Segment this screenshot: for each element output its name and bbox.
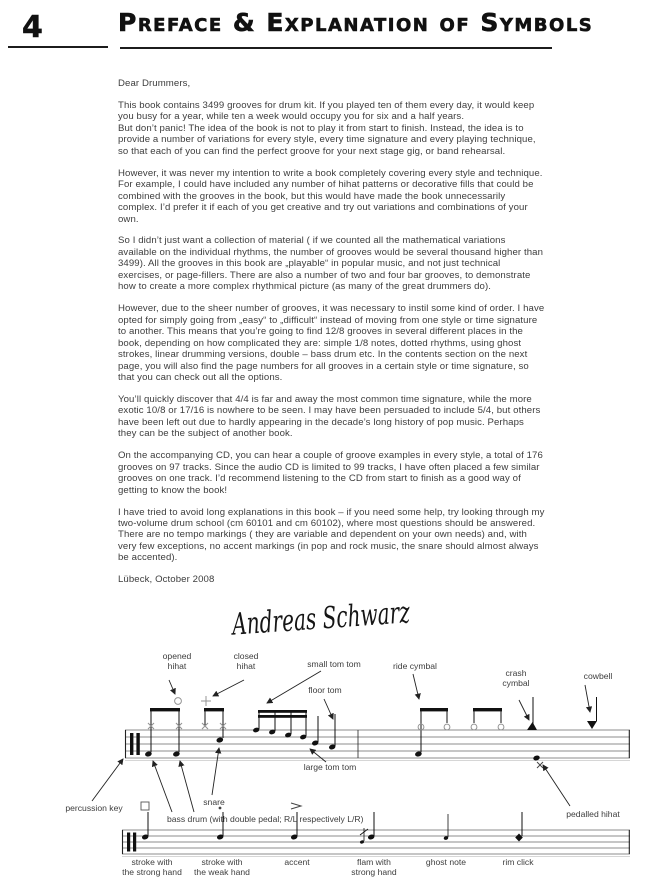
letter-paragraph-5: You’ll quickly discover that 4/4 is far …	[118, 394, 545, 440]
small-tom-run	[252, 710, 307, 740]
staff-2	[122, 830, 630, 857]
label-opened-hihat: opened hihat	[147, 651, 207, 671]
large-tom-note	[311, 716, 319, 746]
letter-paragraph-1: This book contains 3499 grooves for drum…	[118, 100, 545, 157]
label-percussion-key: percussion key	[55, 803, 133, 813]
label-pedalled-hihat: pedalled hihat	[552, 809, 634, 819]
page-title: Preface & Explanation of Symbols	[118, 8, 552, 37]
letter-paragraph-4: However, due to the sheer number of groo…	[118, 303, 545, 383]
label-closed-hihat: closed hihat	[216, 651, 276, 671]
letter-paragraph-6: On the accompanying CD, you can hear a c…	[118, 450, 545, 496]
dot-symbol	[219, 807, 222, 810]
letter-paragraph-3: So I didn’t just want a collection of ma…	[118, 235, 545, 292]
label-crash-cymbal: crash cymbal	[486, 668, 546, 688]
header-rule-left	[8, 46, 108, 48]
closed-hihat-symbol	[201, 696, 211, 706]
label-small-tom-tom: small tom tom	[293, 659, 375, 669]
square-symbol	[141, 802, 149, 810]
label-ride-cymbal: ride cymbal	[384, 661, 446, 671]
crash-cymbal-note	[527, 697, 537, 730]
letter-paragraph-2: However, it was never my intention to wr…	[118, 168, 545, 225]
accent-symbol	[291, 803, 301, 809]
header-rule-title	[120, 47, 552, 49]
salutation: Dear Drummers,	[118, 78, 545, 89]
staff-1	[125, 730, 630, 761]
ghost-note	[443, 814, 448, 840]
label-cowbell: cowbell	[568, 671, 628, 681]
open-hihat-symbol	[175, 698, 182, 705]
hihat-notes-2	[201, 696, 226, 738]
label-floor-tom: floor tom	[295, 685, 355, 695]
bass-drum-notes	[144, 751, 180, 758]
signature-name: Andreas Schwarz	[229, 595, 411, 642]
label-rim-click: rim click	[473, 857, 563, 867]
stroke-strong-note	[141, 802, 149, 840]
pedalled-hihat-note	[533, 755, 543, 768]
book-page: { "page": { "number": "4", "title": "Pre…	[0, 0, 652, 880]
rim-click-note	[515, 812, 523, 842]
letter-paragraph-7: I have tried to avoid long explanations …	[118, 507, 545, 564]
preface-letter: Dear Drummers, This book contains 3499 g…	[118, 78, 545, 596]
floor-tom-note	[328, 714, 336, 750]
label-bass-drum: bass drum (with double pedal; R/L respec…	[167, 814, 437, 824]
label-snare: snare	[189, 797, 239, 807]
drum-key-diagram	[0, 640, 652, 880]
label-large-tom-tom: large tom tom	[289, 762, 371, 772]
letter-closing: Lübeck, October 2008	[118, 574, 545, 585]
page-number: 4	[22, 10, 43, 45]
ride-cymbal-notes	[414, 708, 504, 757]
